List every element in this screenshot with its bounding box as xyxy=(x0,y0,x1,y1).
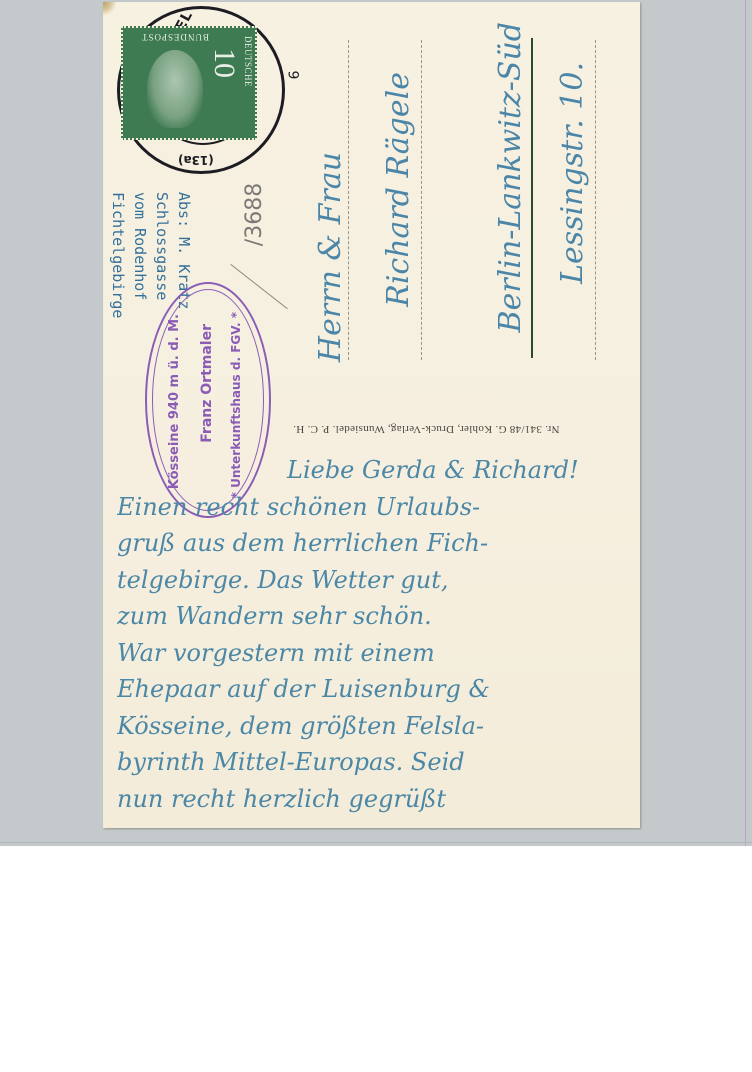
message-line: War vorgestern mit einem xyxy=(117,635,637,672)
postage-stamp: BUNDESPOST 10 DEUTSCHE xyxy=(121,26,257,140)
stamp-value: 10 xyxy=(207,48,241,78)
oval-stamp-line-2: Franz Ortmaler xyxy=(199,324,215,443)
stamp-portrait-icon xyxy=(147,50,203,128)
stamp-country-side: DEUTSCHE xyxy=(243,36,253,87)
address-guide-line xyxy=(595,40,596,360)
sender-line: vom Rodenhof xyxy=(129,192,151,318)
message-line: gruß aus dem herrlichen Fich- xyxy=(117,525,637,562)
message-line: telgebirge. Das Wetter gut, xyxy=(117,562,637,599)
address-underline xyxy=(531,38,533,358)
printer-imprint: Nr. 341/48 G. Kohler, Druck-Verlag, Wuns… xyxy=(293,423,560,435)
postcard: WUNSIEDEL (13a) 30.7.54.-19 9 BUNDESPOST… xyxy=(103,2,640,828)
message-line: Kösseine, dem größten Felsla- xyxy=(117,708,637,745)
address-line-4: Lessingstr. 10. xyxy=(555,62,590,284)
scan-edge-line xyxy=(0,842,752,843)
stamp-country-top: BUNDESPOST xyxy=(127,32,223,42)
address-line-1: Herrn & Frau xyxy=(313,152,348,362)
message-line: Einen recht schönen Urlaubs- xyxy=(117,489,637,526)
postmark-number: 9 xyxy=(284,71,300,80)
pencil-note: /3688 xyxy=(242,183,267,246)
message-line: byrinth Mittel-Europas. Seid xyxy=(117,744,637,781)
scan-right-line xyxy=(745,0,746,846)
handwritten-message: Liebe Gerda & Richard! Einen recht schön… xyxy=(117,452,637,817)
sender-line: Fichtelgebirge xyxy=(107,192,129,318)
message-line: nun recht herzlich gegrüßt xyxy=(117,781,637,818)
postmark-code: (13a) xyxy=(178,153,214,167)
address-line-2: Richard Rägele xyxy=(381,72,416,307)
message-line: zum Wandern sehr schön. xyxy=(117,598,637,635)
address-guide-line xyxy=(348,40,349,360)
message-line: Ehepaar auf der Luisenburg & xyxy=(117,671,637,708)
sender-line: Schlossgasse xyxy=(151,192,173,318)
address-guide-line xyxy=(421,40,422,360)
message-line: Liebe Gerda & Richard! xyxy=(117,452,637,489)
address-line-3: Berlin-Lankwitz-Süd xyxy=(493,22,528,332)
